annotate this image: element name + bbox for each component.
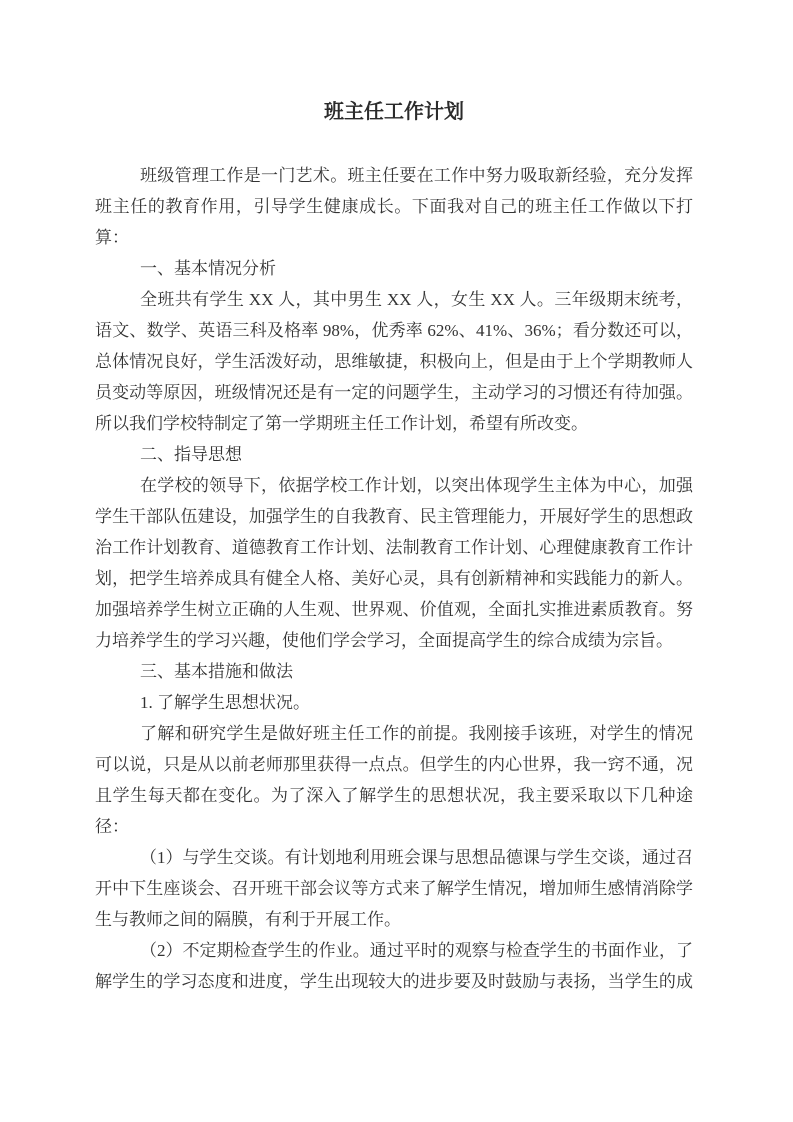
paragraph: 全班共有学生 XX 人，其中男生 XX 人，女生 XX 人。三年级期末统考，语文… (95, 284, 693, 439)
document-body: 班级管理工作是一门艺术。班主任要在工作中努力吸取新经验，充分发挥班主任的教育作用… (95, 160, 693, 997)
paragraph: （1）与学生交谈。有计划地利用班会课与思想品德课与学生交谈，通过召开中下生座谈会… (95, 842, 693, 935)
paragraph: 了解和研究学生是做好班主任工作的前提。我刚接手该班，对学生的情况可以说，只是从以… (95, 718, 693, 842)
section-heading: 一、基本情况分析 (95, 253, 693, 284)
document-title: 班主任工作计划 (95, 97, 693, 128)
paragraph: 班级管理工作是一门艺术。班主任要在工作中努力吸取新经验，充分发挥班主任的教育作用… (95, 160, 693, 253)
document-page: 班主任工作计划 班级管理工作是一门艺术。班主任要在工作中努力吸取新经验，充分发挥… (0, 0, 793, 1122)
section-heading: 1. 了解学生思想状况。 (95, 687, 693, 718)
section-heading: 三、基本措施和做法 (95, 656, 693, 687)
section-heading: 二、指导思想 (95, 439, 693, 470)
paragraph: 在学校的领导下，依据学校工作计划，以突出体现学生主体为中心，加强学生干部队伍建设… (95, 470, 693, 656)
paragraph: （2）不定期检查学生的作业。通过平时的观察与检查学生的书面作业，了解学生的学习态… (95, 935, 693, 997)
